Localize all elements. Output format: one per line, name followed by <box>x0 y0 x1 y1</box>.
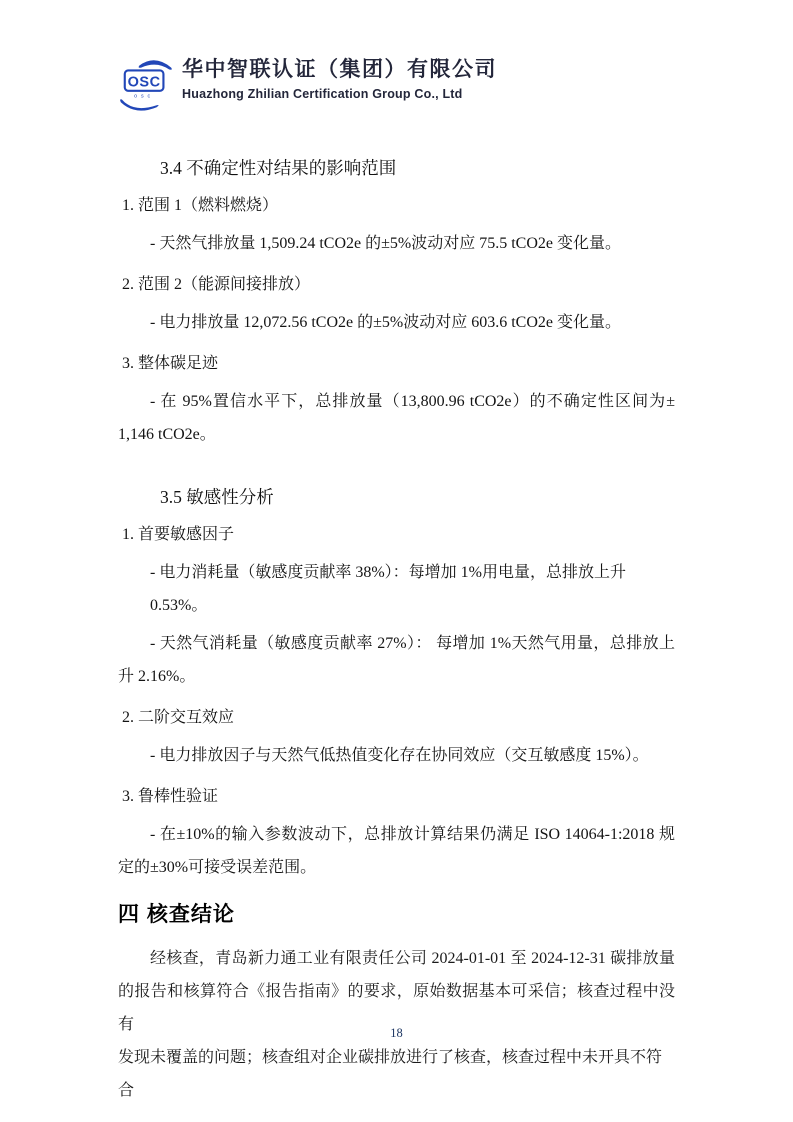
s34-item-3-sub-line1: - 在 95%置信水平下，总排放量（13,800.96 tCO2e）的不确定性区… <box>118 385 675 418</box>
section-3-4-heading: 3.4 不确定性对结果的影响范围 <box>118 155 675 181</box>
conclusion-line-3: 发现未覆盖的问题；核查组对企业碳排放进行了核查，核查过程中未开具不符合 <box>118 1041 675 1107</box>
company-name-zh: 华中智联认证（集团）有限公司 <box>182 56 497 82</box>
s35-item-3-label: 3. 鲁棒性验证 <box>118 780 675 813</box>
s34-item-3-sub-line2: 1,146 tCO2e。 <box>118 418 675 451</box>
s34-item-1-sub: - 天然气排放量 1,509.24 tCO2e 的±5%波动对应 75.5 tC… <box>118 227 675 260</box>
section-3-5-heading: 3.5 敏感性分析 <box>118 484 675 510</box>
page-number: 18 <box>390 1026 403 1040</box>
page-footer: 18 <box>0 1024 793 1042</box>
s35-item-1-sub-a: - 电力消耗量（敏感度贡献率 38%）：每增加 1%用电量，总排放上升 0.53… <box>118 556 675 622</box>
svg-text:osc: osc <box>134 94 154 100</box>
conclusion-line-1: 经核查，青岛新力通工业有限责任公司 2024-01-01 至 2024-12-3… <box>118 942 675 975</box>
document-page: OSC osc 华中智联认证（集团）有限公司 Huazhong Zhilian … <box>0 0 793 1122</box>
s35-item-2-label: 2. 二阶交互效应 <box>118 701 675 734</box>
document-header: OSC osc 华中智联认证（集团）有限公司 Huazhong Zhilian … <box>118 55 675 117</box>
s35-item-3-sub-line1: - 在±10%的输入参数波动下，总排放计算结果仍满足 ISO 14064-1:2… <box>118 818 675 851</box>
s34-item-3-label: 3. 整体碳足迹 <box>118 347 675 380</box>
company-logo: OSC osc <box>118 55 176 113</box>
s34-item-1-label: 1. 范围 1（燃料燃烧） <box>118 189 675 222</box>
svg-text:OSC: OSC <box>128 74 161 90</box>
s35-item-1-sub-b-line1: - 天然气消耗量（敏感度贡献率 27%）： 每增加 1%天然气用量，总排放上 <box>118 627 675 660</box>
s34-item-2-sub: - 电力排放量 12,072.56 tCO2e 的±5%波动对应 603.6 t… <box>118 306 675 339</box>
company-name-en: Huazhong Zhilian Certification Group Co.… <box>182 87 497 101</box>
company-titles: 华中智联认证（集团）有限公司 Huazhong Zhilian Certific… <box>182 55 497 101</box>
s34-item-2-label: 2. 范围 2（能源间接排放） <box>118 268 675 301</box>
s35-item-3-sub-line2: 定的±30%可接受误差范围。 <box>118 851 675 884</box>
s35-item-1-label: 1. 首要敏感因子 <box>118 518 675 551</box>
osc-logo-icon: OSC osc <box>118 55 176 113</box>
s35-item-2-sub: - 电力排放因子与天然气低热值变化存在协同效应（交互敏感度 15%）。 <box>118 739 675 772</box>
s35-item-1-sub-b-line2: 升 2.16%。 <box>118 660 675 693</box>
conclusion-heading: 四 核查结论 <box>118 900 675 930</box>
